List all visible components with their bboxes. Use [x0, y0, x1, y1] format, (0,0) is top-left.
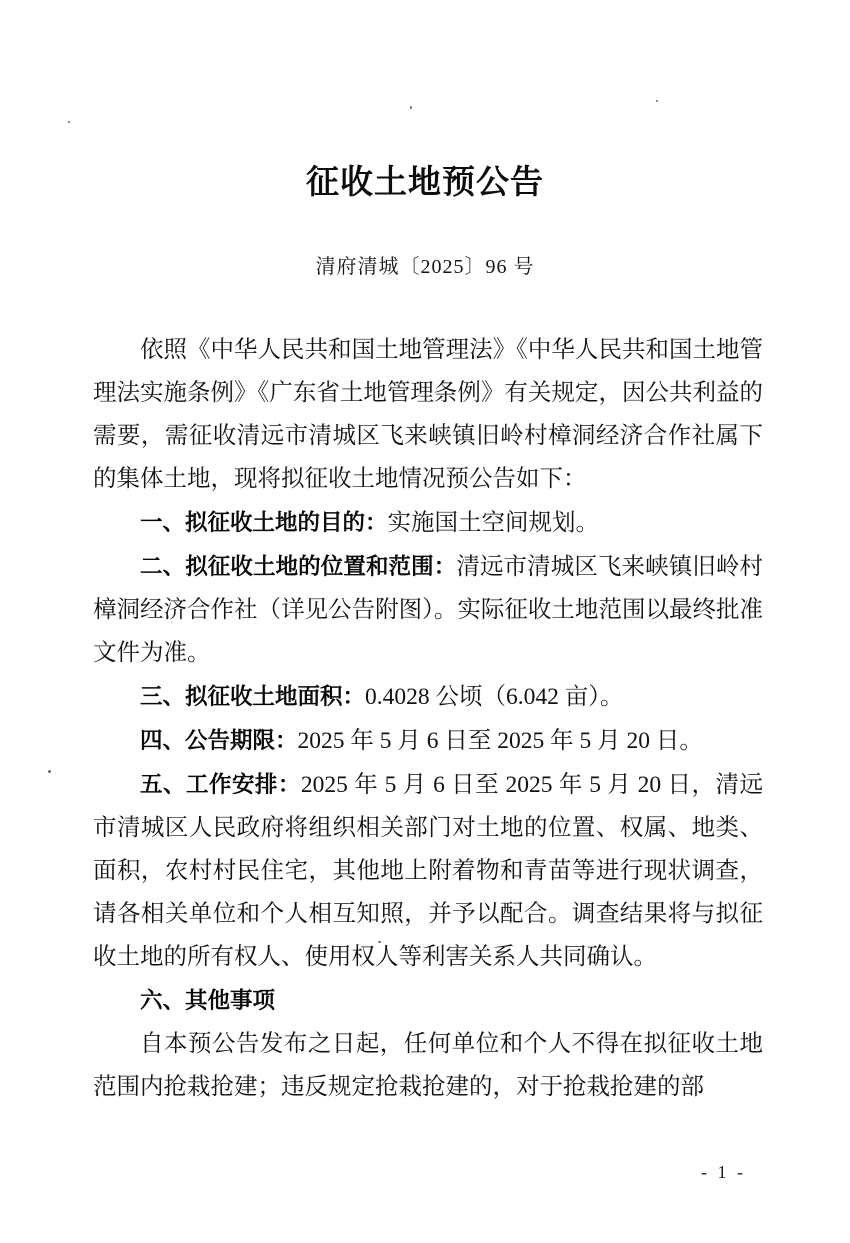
- document-body: 依照《中华人民共和国土地管理法》《中华人民共和国土地管理法实施条例》《广东省土地…: [93, 329, 763, 1109]
- paragraph-text: 2025 年 5 月 6 日至 2025 年 5 月 20 日。: [298, 728, 703, 754]
- document-page: 征收土地预公告 清府清城〔2025〕96 号 依照《中华人民共和国土地管理法》《…: [0, 0, 850, 1243]
- paragraph: 二、拟征收土地的位置和范围：清远市清城区飞来峡镇旧岭村樟洞经济合作社（详见公告附…: [93, 545, 763, 675]
- paragraph: 一、拟征收土地的目的：实施国土空间规划。: [93, 501, 763, 545]
- paragraph: 三、拟征收土地面积：0.4028 公顷（6.042 亩）。: [93, 675, 763, 719]
- paragraph-text: 2025 年 5 月 6 日至 2025 年 5 月 20 日，清远市清城区人民…: [93, 772, 763, 970]
- paragraph-text: 自本预公告发布之日起，任何单位和个人不得在拟征收土地范围内抢栽抢建；违反规定抢栽…: [93, 1031, 763, 1100]
- scan-speck: [410, 106, 412, 109]
- paragraph: 自本预公告发布之日起，任何单位和个人不得在拟征收土地范围内抢栽抢建；违反规定抢栽…: [93, 1023, 763, 1109]
- paragraph-heading: 六、其他事项: [140, 988, 275, 1013]
- scan-speck: [656, 100, 658, 102]
- document-number: 清府清城〔2025〕96 号: [0, 254, 850, 281]
- paragraph-heading: 三、拟征收土地面积：: [140, 684, 365, 709]
- paragraph-text: 0.4028 公顷（6.042 亩）。: [365, 684, 624, 710]
- paragraph-heading: 五、工作安排：: [140, 772, 301, 797]
- scan-speck: [378, 941, 381, 943]
- paragraph-text: 依照《中华人民共和国土地管理法》《中华人民共和国土地管理法实施条例》《广东省土地…: [93, 337, 763, 492]
- paragraph-heading: 一、拟征收土地的目的：: [140, 510, 388, 535]
- scan-speck: [68, 121, 70, 123]
- paragraph: 五、工作安排：2025 年 5 月 6 日至 2025 年 5 月 20 日，清…: [93, 763, 763, 979]
- page-number: - 1 -: [701, 1162, 746, 1183]
- paragraph: 四、公告期限：2025 年 5 月 6 日至 2025 年 5 月 20 日。: [93, 719, 763, 763]
- scan-speck: [48, 770, 51, 773]
- paragraph-heading: 二、拟征收土地的位置和范围：: [140, 554, 456, 579]
- document-title: 征收土地预公告: [0, 0, 850, 202]
- paragraph: 依照《中华人民共和国土地管理法》《中华人民共和国土地管理法实施条例》《广东省土地…: [93, 329, 763, 501]
- paragraph-text: 实施国土空间规划。: [388, 510, 600, 536]
- paragraph-heading: 四、公告期限：: [140, 728, 298, 753]
- paragraph: 六、其他事项: [93, 979, 763, 1023]
